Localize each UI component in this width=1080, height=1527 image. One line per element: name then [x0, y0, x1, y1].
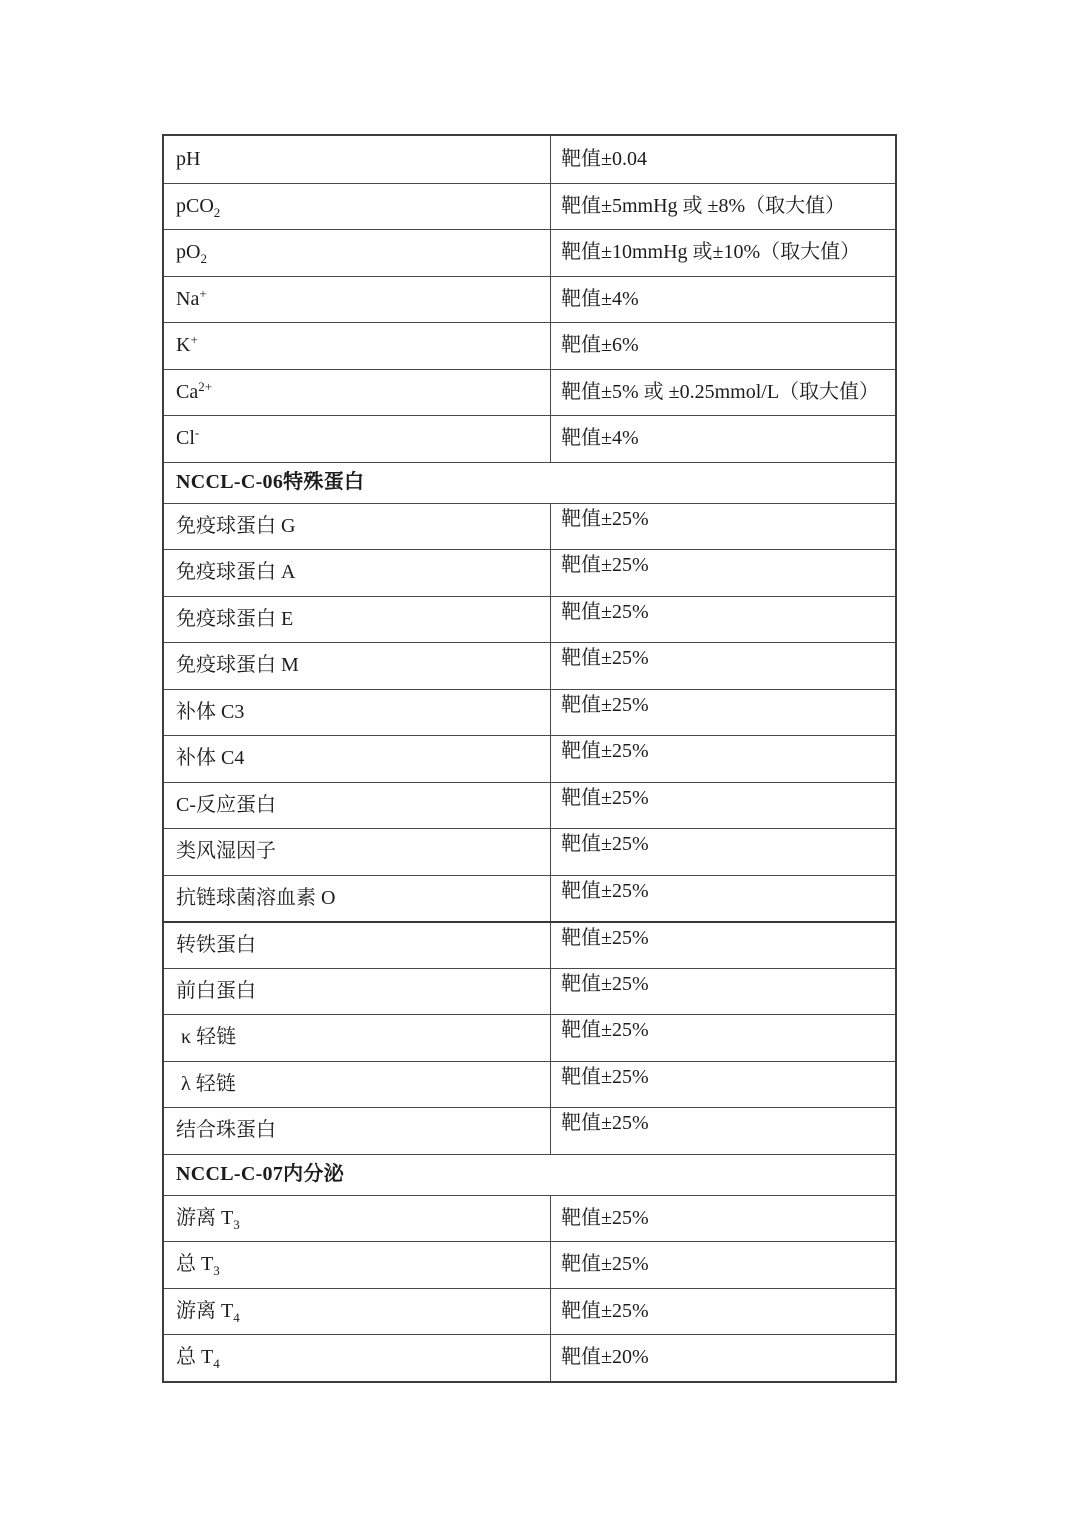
table-row: pO2靶值±10mmHg 或±10%（取大值） [164, 229, 895, 276]
item-text: 免疫球蛋白 E [176, 608, 293, 630]
item-text: pO [176, 241, 200, 263]
item-label: 游离 T4 [176, 1299, 240, 1324]
item-cell: pCO2 [164, 184, 550, 230]
item-label: κ 轻链 [176, 1025, 236, 1050]
item-cell: 游离 T3 [164, 1196, 550, 1242]
table-row: κ 轻链靶值±25% [164, 1014, 895, 1061]
table-row: 免疫球蛋白 G靶值±25% [164, 503, 895, 550]
item-subscript: 4 [213, 1356, 220, 1371]
table-row: pH靶值±0.04 [164, 136, 895, 183]
value-label: 靶值±25% [561, 1206, 649, 1231]
table-row: 免疫球蛋白 M靶值±25% [164, 642, 895, 689]
item-cell: 抗链球菌溶血素 O [164, 876, 550, 922]
section-header-row: NCCL-C-07内分泌 [164, 1154, 895, 1195]
item-label: 游离 T3 [176, 1206, 240, 1231]
table-row: 抗链球菌溶血素 O靶值±25% [164, 875, 895, 922]
value-cell: 靶值±10mmHg 或±10%（取大值） [550, 230, 895, 276]
item-label: Na+ [176, 287, 207, 312]
item-label: Ca2+ [176, 380, 212, 405]
item-label: pCO2 [176, 194, 220, 219]
value-label: 靶值±25% [561, 879, 649, 904]
item-cell: 补体 C4 [164, 736, 550, 782]
table-row: pCO2靶值±5mmHg 或 ±8%（取大值） [164, 183, 895, 230]
table-row: 免疫球蛋白 A靶值±25% [164, 549, 895, 596]
item-text: K [176, 334, 190, 356]
table-row: 类风湿因子靶值±25% [164, 828, 895, 875]
table-row: K+靶值±6% [164, 322, 895, 369]
value-cell: 靶值±20% [550, 1335, 895, 1381]
table-row: 总 T3靶值±25% [164, 1241, 895, 1288]
value-cell: 靶值±25% [550, 923, 895, 968]
section-header-label: NCCL-C-07内分泌 [176, 1162, 344, 1187]
item-subscript: 4 [233, 1310, 240, 1325]
value-label: 靶值±5% 或 ±0.25mmol/L（取大值） [561, 380, 879, 405]
value-label: 靶值±10mmHg 或±10%（取大值） [561, 240, 860, 265]
item-label: 免疫球蛋白 G [176, 514, 295, 539]
item-text: pH [176, 148, 200, 170]
item-text: Ca [176, 381, 198, 403]
item-label: 免疫球蛋白 A [176, 560, 295, 585]
item-text: C-反应蛋白 [176, 794, 276, 816]
item-subscript: 3 [213, 1263, 220, 1278]
item-label: 补体 C3 [176, 700, 244, 725]
item-cell: Cl- [164, 416, 550, 462]
value-cell: 靶值±25% [550, 969, 895, 1015]
item-cell: pH [164, 136, 550, 183]
table-row: 游离 T4靶值±25% [164, 1288, 895, 1335]
value-cell: 靶值±25% [550, 597, 895, 643]
table-row: 转铁蛋白靶值±25% [164, 921, 895, 968]
item-cell: 前白蛋白 [164, 969, 550, 1015]
section-header-row: NCCL-C-06特殊蛋白 [164, 462, 895, 503]
value-label: 靶值±25% [561, 1299, 649, 1324]
item-label: 总 T3 [176, 1252, 220, 1277]
item-cell: pO2 [164, 230, 550, 276]
value-cell: 靶值±5mmHg 或 ±8%（取大值） [550, 184, 895, 230]
value-cell: 靶值±25% [550, 690, 895, 736]
item-cell: 类风湿因子 [164, 829, 550, 875]
item-label: λ 轻链 [176, 1072, 236, 1097]
section-header-label: NCCL-C-06特殊蛋白 [176, 470, 364, 495]
item-text: 结合珠蛋白 [176, 1119, 276, 1141]
item-text: Na [176, 288, 199, 310]
item-cell: 免疫球蛋白 M [164, 643, 550, 689]
item-label: Cl- [176, 426, 199, 451]
item-superscript: 2+ [198, 379, 212, 394]
item-text: 补体 C3 [176, 701, 244, 723]
item-label: 前白蛋白 [176, 979, 256, 1004]
item-text: 免疫球蛋白 M [176, 654, 299, 676]
item-label: 转铁蛋白 [176, 933, 256, 958]
item-text: 抗链球菌溶血素 O [176, 887, 335, 909]
value-label: 靶值±25% [561, 1065, 649, 1090]
item-label: pH [176, 147, 200, 172]
table-row: 游离 T3靶值±25% [164, 1195, 895, 1242]
table-row: C-反应蛋白靶值±25% [164, 782, 895, 829]
value-cell: 靶值±25% [550, 829, 895, 875]
item-subscript: 2 [200, 251, 207, 266]
value-label: 靶值±4% [561, 287, 639, 312]
value-label: 靶值±25% [561, 926, 649, 951]
table-row: 前白蛋白靶值±25% [164, 968, 895, 1015]
item-label: 结合珠蛋白 [176, 1118, 276, 1143]
value-label: 靶值±25% [561, 553, 649, 578]
value-cell: 靶值±25% [550, 1015, 895, 1061]
item-superscript: + [190, 332, 197, 347]
value-label: 靶值±25% [561, 832, 649, 857]
value-cell: 靶值±25% [550, 876, 895, 922]
item-cell: κ 轻链 [164, 1015, 550, 1061]
item-text: 前白蛋白 [176, 980, 256, 1002]
item-cell: 总 T3 [164, 1242, 550, 1288]
value-label: 靶值±4% [561, 426, 639, 451]
item-cell: 总 T4 [164, 1335, 550, 1381]
item-label: 抗链球菌溶血素 O [176, 886, 335, 911]
value-cell: 靶值±0.04 [550, 136, 895, 183]
item-label: pO2 [176, 240, 207, 265]
table-row: 结合珠蛋白靶值±25% [164, 1107, 895, 1154]
value-cell: 靶值±25% [550, 643, 895, 689]
value-label: 靶值±25% [561, 693, 649, 718]
item-text: κ 轻链 [176, 1026, 236, 1048]
value-cell: 靶值±4% [550, 416, 895, 462]
item-text: 免疫球蛋白 A [176, 561, 295, 583]
table-row: 免疫球蛋白 E靶值±25% [164, 596, 895, 643]
value-cell: 靶值±25% [550, 504, 895, 550]
item-label: 补体 C4 [176, 746, 244, 771]
value-label: 靶值±25% [561, 600, 649, 625]
table-row: Na+靶值±4% [164, 276, 895, 323]
value-label: 靶值±25% [561, 786, 649, 811]
item-text: 免疫球蛋白 G [176, 515, 295, 537]
value-cell: 靶值±25% [550, 1196, 895, 1242]
item-text: λ 轻链 [176, 1073, 236, 1095]
item-text: 类风湿因子 [176, 840, 276, 862]
table-row: Cl-靶值±4% [164, 415, 895, 462]
item-cell: 免疫球蛋白 G [164, 504, 550, 550]
value-label: 靶值±6% [561, 333, 639, 358]
document-page: pH靶值±0.04pCO2靶值±5mmHg 或 ±8%（取大值）pO2靶值±10… [0, 0, 1080, 1527]
table-row: 总 T4靶值±20% [164, 1334, 895, 1381]
item-cell: 免疫球蛋白 E [164, 597, 550, 643]
item-label: 免疫球蛋白 E [176, 607, 293, 632]
item-label: 免疫球蛋白 M [176, 653, 299, 678]
item-cell: 游离 T4 [164, 1289, 550, 1335]
value-cell: 靶值±25% [550, 550, 895, 596]
table-row: Ca2+靶值±5% 或 ±0.25mmol/L（取大值） [164, 369, 895, 416]
value-cell: 靶值±25% [550, 783, 895, 829]
value-label: 靶值±25% [561, 646, 649, 671]
item-label: 总 T4 [176, 1345, 220, 1370]
item-cell: 补体 C3 [164, 690, 550, 736]
value-label: 靶值±0.04 [561, 147, 647, 172]
item-text: 总 T [176, 1346, 213, 1368]
item-text: 补体 C4 [176, 747, 244, 769]
item-label: 类风湿因子 [176, 839, 276, 864]
item-text: 转铁蛋白 [176, 934, 256, 956]
item-cell: λ 轻链 [164, 1062, 550, 1108]
value-label: 靶值±25% [561, 972, 649, 997]
item-text: 游离 T [176, 1207, 233, 1229]
item-superscript: - [195, 425, 199, 440]
value-cell: 靶值±25% [550, 1108, 895, 1154]
table-row: λ 轻链靶值±25% [164, 1061, 895, 1108]
value-cell: 靶值±6% [550, 323, 895, 369]
item-text: Cl [176, 427, 195, 449]
value-cell: 靶值±25% [550, 1062, 895, 1108]
value-label: 靶值±25% [561, 507, 649, 532]
item-text: 游离 T [176, 1300, 233, 1322]
value-cell: 靶值±25% [550, 1289, 895, 1335]
item-cell: 免疫球蛋白 A [164, 550, 550, 596]
value-cell: 靶值±25% [550, 1242, 895, 1288]
item-subscript: 3 [233, 1217, 240, 1232]
qc-criteria-table: pH靶值±0.04pCO2靶值±5mmHg 或 ±8%（取大值）pO2靶值±10… [162, 134, 897, 1383]
value-label: 靶值±5mmHg 或 ±8%（取大值） [561, 194, 845, 219]
table-row: 补体 C4靶值±25% [164, 735, 895, 782]
item-text: pCO [176, 195, 214, 217]
value-label: 靶值±25% [561, 1018, 649, 1043]
item-cell: 结合珠蛋白 [164, 1108, 550, 1154]
value-cell: 靶值±5% 或 ±0.25mmol/L（取大值） [550, 370, 895, 416]
item-cell: 转铁蛋白 [164, 923, 550, 968]
value-cell: 靶值±4% [550, 277, 895, 323]
item-text: 总 T [176, 1253, 213, 1275]
item-superscript: + [199, 286, 206, 301]
value-label: 靶值±20% [561, 1345, 649, 1370]
value-label: 靶值±25% [561, 1111, 649, 1136]
item-cell: Na+ [164, 277, 550, 323]
item-subscript: 2 [214, 205, 221, 220]
value-label: 靶值±25% [561, 739, 649, 764]
value-label: 靶值±25% [561, 1252, 649, 1277]
value-cell: 靶值±25% [550, 736, 895, 782]
item-cell: C-反应蛋白 [164, 783, 550, 829]
table-row: 补体 C3靶值±25% [164, 689, 895, 736]
item-label: C-反应蛋白 [176, 793, 276, 818]
item-cell: Ca2+ [164, 370, 550, 416]
item-label: K+ [176, 333, 198, 358]
item-cell: K+ [164, 323, 550, 369]
